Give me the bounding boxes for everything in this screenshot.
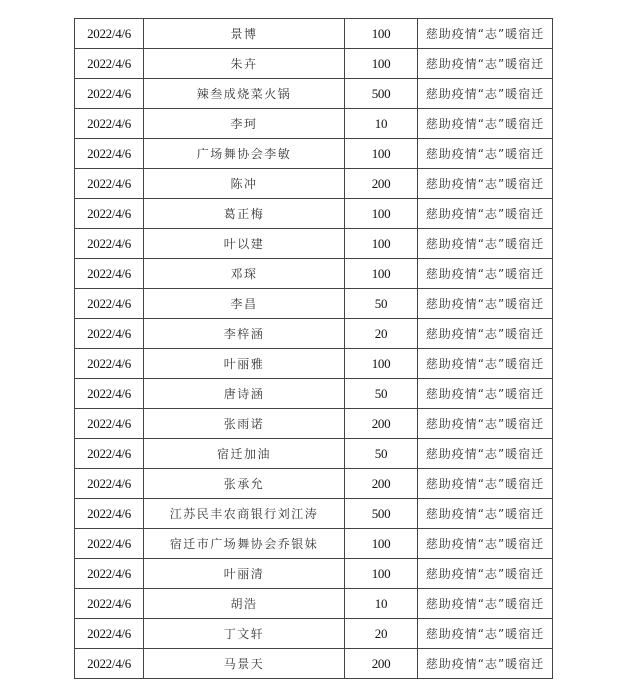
table-row: 2022/4/6 广场舞协会李敏 100 慈助疫情“志”暖宿迁 xyxy=(75,139,553,169)
table-row: 2022/4/6 叶丽清 100 慈助疫情“志”暖宿迁 xyxy=(75,559,553,589)
donor-name-cell: 叶丽清 xyxy=(144,559,345,589)
donor-name-cell: 李珂 xyxy=(144,109,345,139)
purpose-cell: 慈助疫情“志”暖宿迁 xyxy=(418,259,553,289)
donation-table-body: 2022/4/6 景博 100 慈助疫情“志”暖宿迁 2022/4/6 朱卉 1… xyxy=(75,19,553,679)
donor-name-cell: 唐诗涵 xyxy=(144,379,345,409)
table-row: 2022/4/6 宿迁市广场舞协会乔银妹 100 慈助疫情“志”暖宿迁 xyxy=(75,529,553,559)
table-row: 2022/4/6 陈冲 200 慈助疫情“志”暖宿迁 xyxy=(75,169,553,199)
donor-name-cell: 李梓涵 xyxy=(144,319,345,349)
donor-name-cell: 马景天 xyxy=(144,649,345,679)
purpose-cell: 慈助疫情“志”暖宿迁 xyxy=(418,559,553,589)
donor-name-cell: 朱卉 xyxy=(144,49,345,79)
table-row: 2022/4/6 江苏民丰农商银行刘江涛 500 慈助疫情“志”暖宿迁 xyxy=(75,499,553,529)
purpose-cell: 慈助疫情“志”暖宿迁 xyxy=(418,409,553,439)
amount-cell: 100 xyxy=(345,559,418,589)
table-row: 2022/4/6 丁文轩 20 慈助疫情“志”暖宿迁 xyxy=(75,619,553,649)
document-page: 2022/4/6 景博 100 慈助疫情“志”暖宿迁 2022/4/6 朱卉 1… xyxy=(0,0,628,700)
amount-cell: 200 xyxy=(345,409,418,439)
amount-cell: 200 xyxy=(345,469,418,499)
date-cell: 2022/4/6 xyxy=(75,49,144,79)
table-row: 2022/4/6 景博 100 慈助疫情“志”暖宿迁 xyxy=(75,19,553,49)
purpose-cell: 慈助疫情“志”暖宿迁 xyxy=(418,469,553,499)
table-row: 2022/4/6 邓琛 100 慈助疫情“志”暖宿迁 xyxy=(75,259,553,289)
donor-name-cell: 葛正梅 xyxy=(144,199,345,229)
purpose-cell: 慈助疫情“志”暖宿迁 xyxy=(418,439,553,469)
donor-name-cell: 宿迁加油 xyxy=(144,439,345,469)
donor-name-cell: 邓琛 xyxy=(144,259,345,289)
donor-name-cell: 李昌 xyxy=(144,289,345,319)
purpose-cell: 慈助疫情“志”暖宿迁 xyxy=(418,229,553,259)
amount-cell: 20 xyxy=(345,319,418,349)
amount-cell: 50 xyxy=(345,379,418,409)
purpose-cell: 慈助疫情“志”暖宿迁 xyxy=(418,109,553,139)
table-row: 2022/4/6 李梓涵 20 慈助疫情“志”暖宿迁 xyxy=(75,319,553,349)
table-row: 2022/4/6 李昌 50 慈助疫情“志”暖宿迁 xyxy=(75,289,553,319)
donor-name-cell: 宿迁市广场舞协会乔银妹 xyxy=(144,529,345,559)
amount-cell: 100 xyxy=(345,349,418,379)
amount-cell: 500 xyxy=(345,79,418,109)
purpose-cell: 慈助疫情“志”暖宿迁 xyxy=(418,349,553,379)
donor-name-cell: 叶丽雅 xyxy=(144,349,345,379)
purpose-cell: 慈助疫情“志”暖宿迁 xyxy=(418,529,553,559)
table-row: 2022/4/6 唐诗涵 50 慈助疫情“志”暖宿迁 xyxy=(75,379,553,409)
purpose-cell: 慈助疫情“志”暖宿迁 xyxy=(418,169,553,199)
purpose-cell: 慈助疫情“志”暖宿迁 xyxy=(418,499,553,529)
date-cell: 2022/4/6 xyxy=(75,349,144,379)
donor-name-cell: 辣叁成烧菜火锅 xyxy=(144,79,345,109)
amount-cell: 10 xyxy=(345,589,418,619)
purpose-cell: 慈助疫情“志”暖宿迁 xyxy=(418,199,553,229)
table-row: 2022/4/6 朱卉 100 慈助疫情“志”暖宿迁 xyxy=(75,49,553,79)
purpose-cell: 慈助疫情“志”暖宿迁 xyxy=(418,649,553,679)
table-row: 2022/4/6 张承允 200 慈助疫情“志”暖宿迁 xyxy=(75,469,553,499)
amount-cell: 100 xyxy=(345,19,418,49)
date-cell: 2022/4/6 xyxy=(75,439,144,469)
amount-cell: 100 xyxy=(345,199,418,229)
table-row: 2022/4/6 胡浩 10 慈助疫情“志”暖宿迁 xyxy=(75,589,553,619)
donation-table: 2022/4/6 景博 100 慈助疫情“志”暖宿迁 2022/4/6 朱卉 1… xyxy=(74,18,553,679)
purpose-cell: 慈助疫情“志”暖宿迁 xyxy=(418,19,553,49)
table-row: 2022/4/6 李珂 10 慈助疫情“志”暖宿迁 xyxy=(75,109,553,139)
purpose-cell: 慈助疫情“志”暖宿迁 xyxy=(418,139,553,169)
amount-cell: 10 xyxy=(345,109,418,139)
date-cell: 2022/4/6 xyxy=(75,469,144,499)
purpose-cell: 慈助疫情“志”暖宿迁 xyxy=(418,319,553,349)
table-row: 2022/4/6 张雨诺 200 慈助疫情“志”暖宿迁 xyxy=(75,409,553,439)
date-cell: 2022/4/6 xyxy=(75,379,144,409)
date-cell: 2022/4/6 xyxy=(75,19,144,49)
date-cell: 2022/4/6 xyxy=(75,529,144,559)
date-cell: 2022/4/6 xyxy=(75,169,144,199)
date-cell: 2022/4/6 xyxy=(75,259,144,289)
donor-name-cell: 张雨诺 xyxy=(144,409,345,439)
date-cell: 2022/4/6 xyxy=(75,499,144,529)
amount-cell: 100 xyxy=(345,259,418,289)
amount-cell: 100 xyxy=(345,49,418,79)
amount-cell: 50 xyxy=(345,289,418,319)
amount-cell: 20 xyxy=(345,619,418,649)
donor-name-cell: 叶以建 xyxy=(144,229,345,259)
amount-cell: 100 xyxy=(345,529,418,559)
date-cell: 2022/4/6 xyxy=(75,79,144,109)
donor-name-cell: 广场舞协会李敏 xyxy=(144,139,345,169)
amount-cell: 500 xyxy=(345,499,418,529)
date-cell: 2022/4/6 xyxy=(75,109,144,139)
date-cell: 2022/4/6 xyxy=(75,649,144,679)
purpose-cell: 慈助疫情“志”暖宿迁 xyxy=(418,289,553,319)
table-row: 2022/4/6 葛正梅 100 慈助疫情“志”暖宿迁 xyxy=(75,199,553,229)
donor-name-cell: 江苏民丰农商银行刘江涛 xyxy=(144,499,345,529)
date-cell: 2022/4/6 xyxy=(75,589,144,619)
table-row: 2022/4/6 辣叁成烧菜火锅 500 慈助疫情“志”暖宿迁 xyxy=(75,79,553,109)
donor-name-cell: 陈冲 xyxy=(144,169,345,199)
amount-cell: 200 xyxy=(345,169,418,199)
table-row: 2022/4/6 宿迁加油 50 慈助疫情“志”暖宿迁 xyxy=(75,439,553,469)
purpose-cell: 慈助疫情“志”暖宿迁 xyxy=(418,49,553,79)
date-cell: 2022/4/6 xyxy=(75,229,144,259)
amount-cell: 50 xyxy=(345,439,418,469)
purpose-cell: 慈助疫情“志”暖宿迁 xyxy=(418,589,553,619)
date-cell: 2022/4/6 xyxy=(75,289,144,319)
amount-cell: 200 xyxy=(345,649,418,679)
date-cell: 2022/4/6 xyxy=(75,559,144,589)
amount-cell: 100 xyxy=(345,139,418,169)
amount-cell: 100 xyxy=(345,229,418,259)
donor-name-cell: 张承允 xyxy=(144,469,345,499)
table-row: 2022/4/6 叶以建 100 慈助疫情“志”暖宿迁 xyxy=(75,229,553,259)
donor-name-cell: 景博 xyxy=(144,19,345,49)
purpose-cell: 慈助疫情“志”暖宿迁 xyxy=(418,619,553,649)
donor-name-cell: 丁文轩 xyxy=(144,619,345,649)
date-cell: 2022/4/6 xyxy=(75,139,144,169)
purpose-cell: 慈助疫情“志”暖宿迁 xyxy=(418,379,553,409)
date-cell: 2022/4/6 xyxy=(75,409,144,439)
table-row: 2022/4/6 叶丽雅 100 慈助疫情“志”暖宿迁 xyxy=(75,349,553,379)
table-row: 2022/4/6 马景天 200 慈助疫情“志”暖宿迁 xyxy=(75,649,553,679)
purpose-cell: 慈助疫情“志”暖宿迁 xyxy=(418,79,553,109)
date-cell: 2022/4/6 xyxy=(75,199,144,229)
date-cell: 2022/4/6 xyxy=(75,619,144,649)
donor-name-cell: 胡浩 xyxy=(144,589,345,619)
date-cell: 2022/4/6 xyxy=(75,319,144,349)
